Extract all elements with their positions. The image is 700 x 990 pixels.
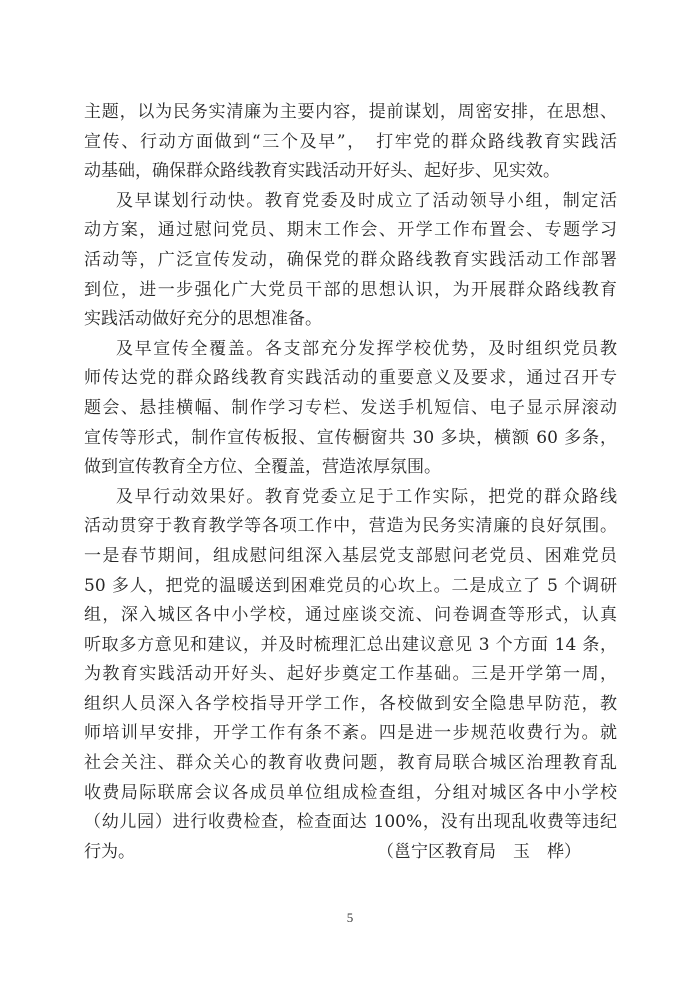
text-line: 收费局际联席会议各成员单位组成检查组，分组对城区各中小学校	[84, 779, 617, 809]
text-line: 师传达党的群众路线教育实践活动的重要意义及要求，通过召开专	[84, 364, 617, 394]
text-line: 师培训早安排，开学工作有条不紊。四是进一步规范收费行为。就	[84, 719, 617, 749]
text-line: 做到宣传教育全方位、全覆盖，营造浓厚氛围。	[84, 453, 617, 483]
document-body: 主题，以为民务实清廉为主要内容，提前谋划，周密安排，在思想、宣传、行动方面做到“…	[84, 98, 617, 867]
text-line: 50 多人，把党的温暖送到困难党员的心坎上。二是成立了 5 个调研	[84, 572, 617, 602]
text-line: 动方案，通过慰问党员、期末工作会、开学工作布置会、专题学习	[84, 216, 617, 246]
signature-text: （邕宁区教育局 玉 桦）	[377, 838, 581, 868]
text-line: 及早行动效果好。教育党委立足于工作实际，把党的群众路线	[84, 483, 617, 513]
text-line: 动基础，确保群众路线教育实践活动开好头、起好步、见实效。	[84, 157, 617, 187]
text-line: 实践活动做好充分的思想准备。	[84, 305, 617, 335]
page-number: 5	[0, 910, 700, 926]
text-line: 社会关注、群众关心的教育收费问题，教育局联合城区治理教育乱	[84, 749, 617, 779]
text-line: 题会、悬挂横幅、制作学习专栏、发送手机短信、电子显示屏滚动	[84, 394, 617, 424]
text-line: 活动贯穿于教育教学等各项工作中，营造为民务实清廉的良好氛围。	[84, 512, 617, 542]
text-line: 组织人员深入各学校指导开学工作，各校做到安全隐患早防范，教	[84, 690, 617, 720]
text-line: 活动等，广泛宣传发动，确保党的群众路线教育实践活动工作部署	[84, 246, 617, 276]
text-line: 组，深入城区各中小学校，通过座谈交流、问卷调查等形式，认真	[84, 601, 617, 631]
closing-text: 行为。	[84, 838, 135, 868]
text-line: 及早谋划行动快。教育党委及时成立了活动领导小组，制定活	[84, 187, 617, 217]
text-line: 主题，以为民务实清廉为主要内容，提前谋划，周密安排，在思想、	[84, 98, 617, 128]
text-line: 宣传等形式，制作宣传板报、宣传橱窗共 30 多块，横额 60 多条，	[84, 424, 617, 454]
text-line: 听取多方意见和建议，并及时梳理汇总出建议意见 3 个方面 14 条，	[84, 631, 617, 661]
text-line: 到位，进一步强化广大党员干部的思想认识，为开展群众路线教育	[84, 276, 617, 306]
text-line: 为教育实践活动开好头、起好步奠定工作基础。三是开学第一周，	[84, 660, 617, 690]
text-line: 一是春节期间，组成慰问组深入基层党支部慰问老党员、困难党员	[84, 542, 617, 572]
text-line: （幼儿园）进行收费检查，检查面达 100%，没有出现乱收费等违纪	[84, 808, 617, 838]
closing-line: 行为。（邕宁区教育局 玉 桦）	[84, 838, 617, 868]
document-page: 主题，以为民务实清廉为主要内容，提前谋划，周密安排，在思想、宣传、行动方面做到“…	[0, 0, 700, 990]
text-line: 宣传、行动方面做到“三个及早”， 打牢党的群众路线教育实践活	[84, 128, 617, 158]
text-line: 及早宣传全覆盖。各支部充分发挥学校优势，及时组织党员教	[84, 335, 617, 365]
